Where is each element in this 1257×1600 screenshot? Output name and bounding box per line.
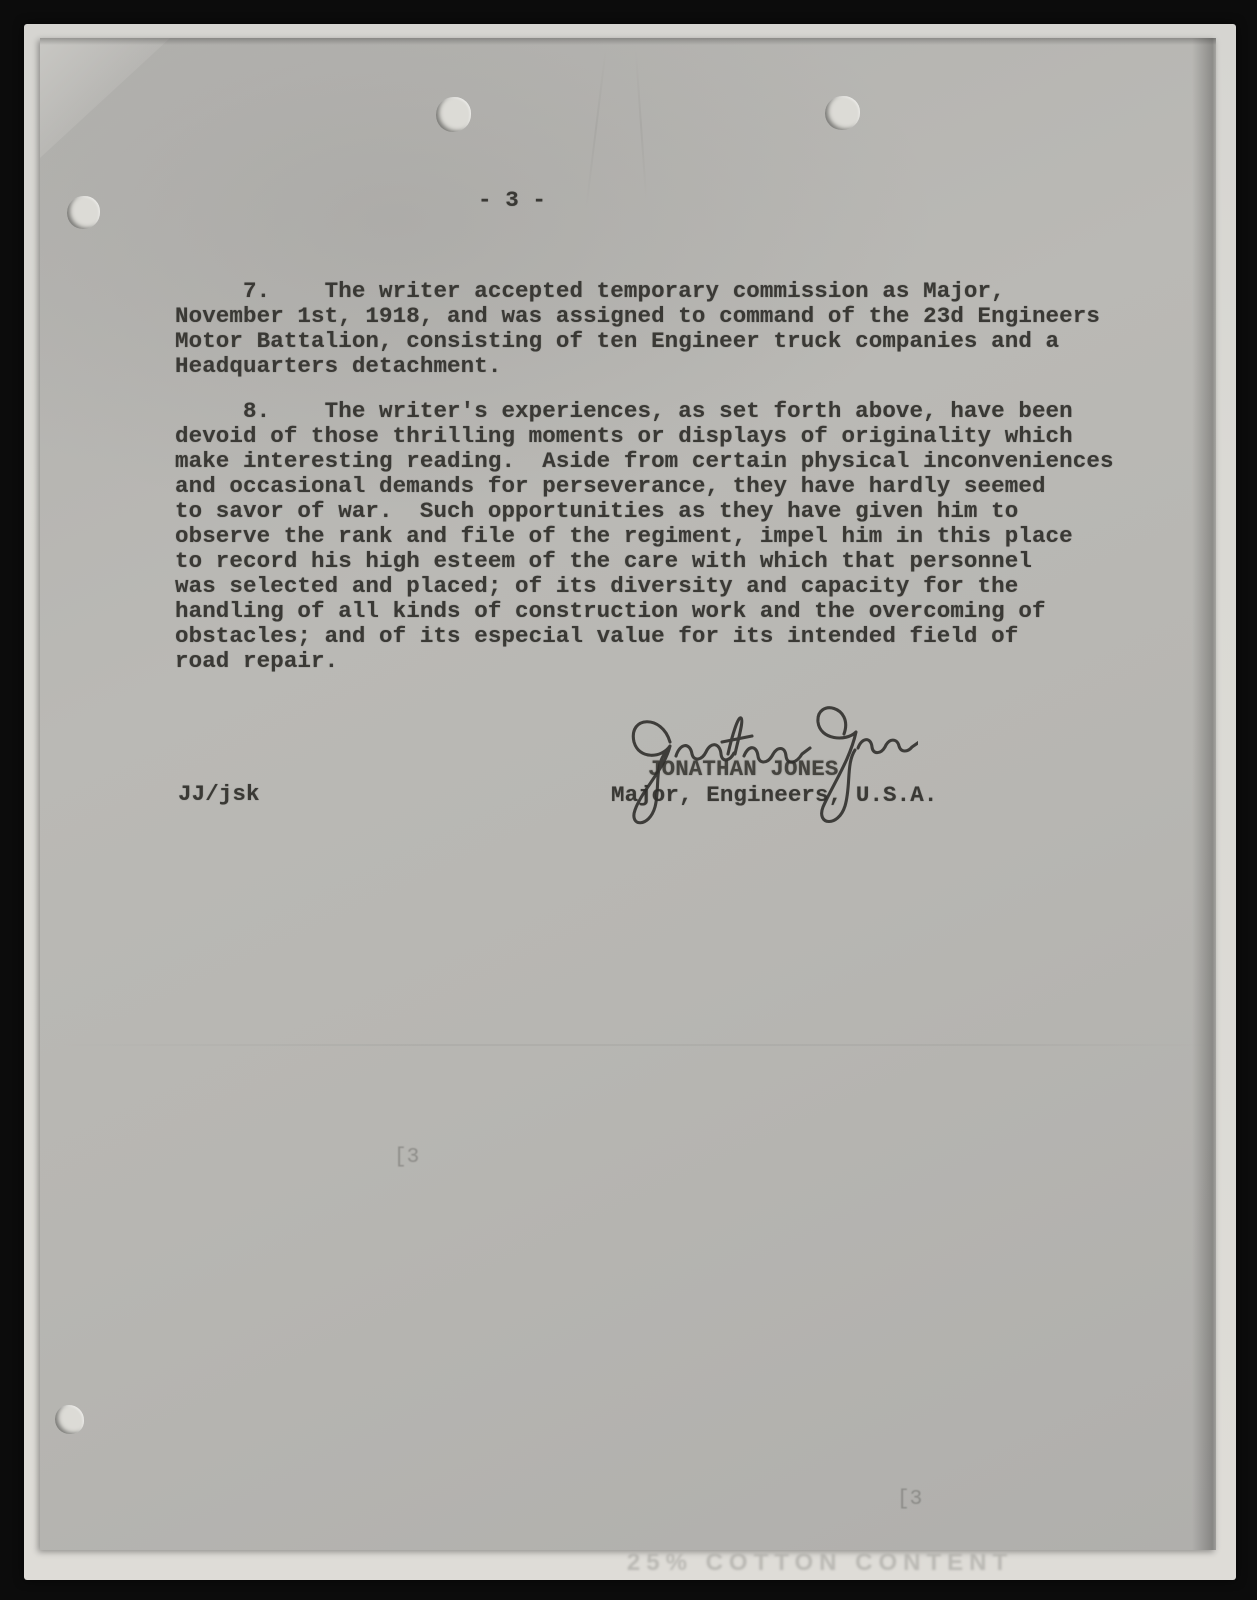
paper-crease (40, 1044, 1216, 1046)
faint-stamp-mark: [3 (897, 1488, 922, 1511)
page-edge-shadow (1192, 38, 1216, 1550)
faint-stamp-mark: [3 (394, 1146, 419, 1169)
punch-hole-top-left (436, 97, 471, 132)
punch-hole-top-right (825, 96, 860, 130)
page-number: - 3 - (478, 188, 546, 213)
typist-initials: JJ/jsk (178, 782, 260, 807)
punch-hole-bottom-left (55, 1405, 84, 1434)
document-page: - 3 - 7. The writer accepted temporary c… (40, 38, 1216, 1550)
paper-watermark: 25% COTTON CONTENT (540, 1549, 1100, 1577)
page-edge-shadow (40, 38, 1216, 45)
paper-crease (585, 46, 607, 210)
paper-crease (635, 50, 647, 200)
paragraph-7: 7. The writer accepted temporary commiss… (175, 279, 1100, 379)
punch-hole-left (67, 196, 100, 229)
paragraph-8: 8. The writer's experiences, as set fort… (175, 399, 1114, 674)
scanned-document: - 3 - 7. The writer accepted temporary c… (0, 0, 1257, 1600)
handwritten-signature (592, 694, 918, 830)
corner-fold (40, 38, 170, 158)
